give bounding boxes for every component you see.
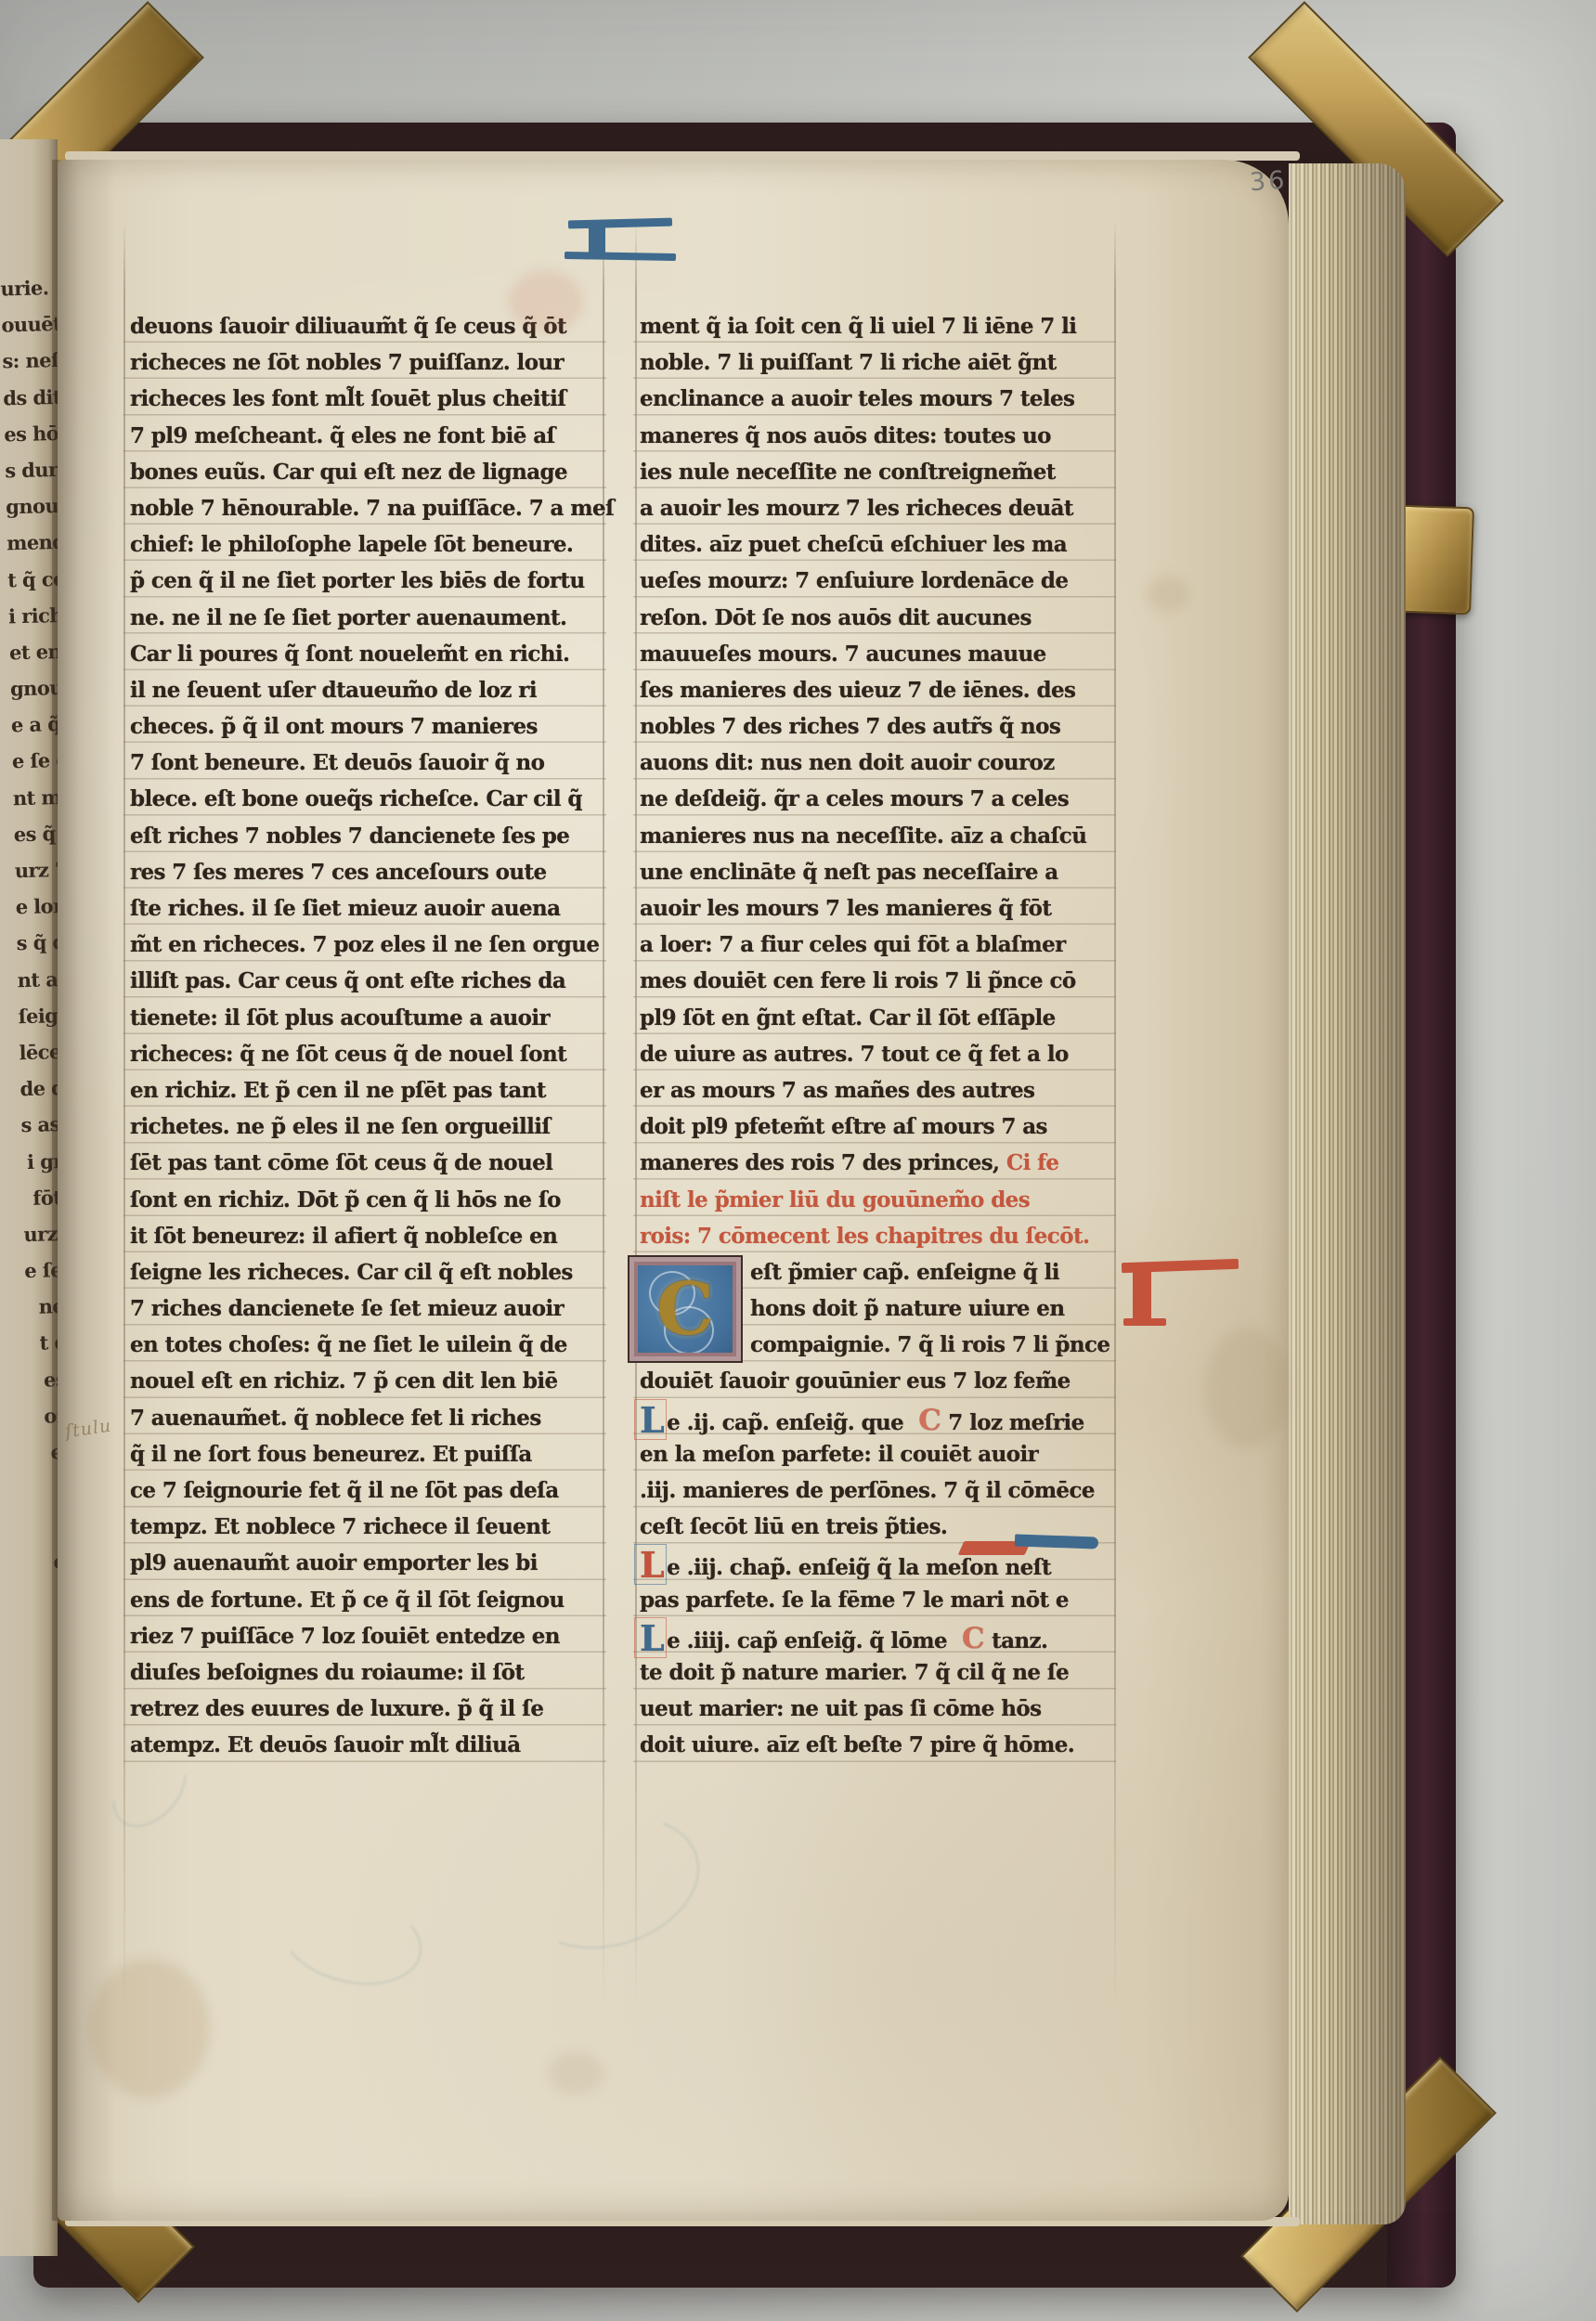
gilt-clasp [1396, 505, 1474, 616]
text-line: rois: 7 cōmecent les chapitres du ſecōt. [633, 1218, 1116, 1254]
line-filler-icon [961, 1534, 1100, 1558]
text-line: en totes choſes: q̃ ne ſiet le uilein q̃… [123, 1327, 606, 1363]
text-line: noble. 7 li puiſſant 7 li riche aiēt g̃n… [633, 344, 1116, 381]
text-line: nouel eſt en richiz. 7 p̃ cen dit len bi… [123, 1363, 606, 1399]
text-line: ueſes mourz: 7 enſuiure lordenāce de [633, 563, 1116, 599]
text-line: maneres des rois 7 des princes, Ci fe [633, 1145, 1116, 1181]
text-line: 7 pl9 meſcheant. q̃ eles ne font biē aſ [123, 418, 606, 454]
text-line: gnourie: Et [6, 487, 58, 525]
text-line: es hōmes 7 d [4, 415, 58, 453]
text-line: riez 7 puiſſāce 7 loz ſouiēt entedze en [123, 1618, 606, 1654]
text-line: il ne ſeuent uſer dtaueum̃o de loz ri [123, 672, 606, 708]
text-line: ſeigne les richeces. Car cil q̃ eſt nobl… [123, 1254, 606, 1290]
text-line: chief: le philoſophe lapele ſōt beneure. [123, 526, 606, 563]
text-line: blece. eſt bone oueq̃s richeſce. Car cil… [123, 781, 606, 817]
previous-page-text-fragments: urie. Et il niouuēt greues: neſt pas dds… [0, 269, 58, 1689]
text-line: Le .ij. cap̃. enſeig̃. queC7 loz meſrie [633, 1400, 1116, 1436]
text-line: gnourie p̃ c [10, 669, 58, 707]
text-line: atempz. Et deuōs ſauoir ml̃t diliuā [123, 1727, 606, 1763]
text-line: m̃t en richeces. 7 poz eles il ne ſen or… [123, 927, 606, 963]
text-line: en la meſon parfete: il couiēt auoir [633, 1436, 1116, 1472]
gutter-crease-shadow [52, 160, 117, 2221]
text-line: pl9 auenaum̃t auoir emporter les bi [123, 1545, 606, 1581]
text-line: pas parfete. ſe la fēme 7 le mari nōt e [633, 1582, 1116, 1618]
text-column-left: deuons ſauoir diliuaum̃t q̃ ſe ceus q̃ ō… [123, 308, 606, 1766]
text-line: a loer: 7 a fiur celes qui fōt a blaſmer [633, 927, 1116, 963]
text-line: richeces les font ml̃t ſouēt plus cheiti… [123, 381, 606, 417]
text-line: tempz. Et noblece 7 richece il ſeuent [123, 1509, 606, 1545]
text-line: enclinance a auoir teles mours 7 teles [633, 381, 1116, 417]
text-line: auoir les mours 7 les manieres q̃ fōt [633, 890, 1116, 927]
text-line: diuſes beſoignes du roiaume: il ſōt [123, 1654, 606, 1691]
text-line: pl9 ſōt en g̃nt eſtat. Car il ſōt eſſāpl… [633, 1000, 1116, 1036]
decorated-initial: C [628, 1255, 743, 1363]
text-line: es q̃ il ſōt [13, 815, 58, 853]
text-line: reſon. Dōt ſe nos auōs dit aucunes [633, 600, 1116, 636]
chapter-numeral-red-icon [1122, 1261, 1252, 1330]
text-line: doit uiure. aīz eſt beſte 7 pire q̃ hōme… [633, 1727, 1116, 1763]
text-line: urie. Et il ni [0, 269, 57, 307]
text-line: mauueſes mours. 7 aucunes mauue [633, 636, 1116, 672]
text-line: urz 7 les m [14, 851, 58, 889]
initial-letter: C [629, 1257, 741, 1361]
text-line: t q̃ ceus q̃ cō [7, 560, 58, 598]
text-line: en richiz. Et p̃ cen il ne pſēt pas tant [123, 1072, 606, 1109]
text-line: richeces: q̃ ne ſōt ceus q̃ de nouel ſon… [123, 1036, 606, 1072]
text-line: auons dit: nus nen doit auoir couroz [633, 745, 1116, 781]
text-line: er as mours 7 as mañes des autres [633, 1072, 1116, 1109]
text-line: bones euũs. Car qui eſt nez de lignage [123, 454, 606, 490]
ink-offset-stain [509, 271, 583, 332]
text-line: ſēt pas tant cōme ſōt ceus q̃ de nouel [123, 1145, 606, 1181]
text-line: ueut marier: ne uit pas ſi cōme hōs [633, 1691, 1116, 1727]
quire-mark-blue-numeral-icon [564, 217, 699, 264]
folio-number: 36 [1249, 166, 1288, 198]
text-line: ſont en richiz. Dōt p̃ cen q̃ li hōs ne … [123, 1182, 606, 1218]
text-line: ne deſdeig̃. q̃r a celes mours 7 a celes [633, 781, 1116, 817]
text-line: maneres q̃ nos auōs dites: toutes uo [633, 418, 1116, 454]
text-line: eſt riches 7 nobles 7 dancienete ſes pe [123, 818, 606, 854]
text-line: ſes manieres des uieuz 7 de iēnes. des [633, 672, 1116, 708]
text-line: q̃ il ne ſort fous beneurez. Et puiſſa [123, 1436, 606, 1472]
text-line: 7 auenaum̃et. q̃ noblece fet li riches [123, 1400, 606, 1436]
text-line: ouuēt greue [1, 305, 58, 344]
parchment-stain [89, 1959, 210, 2098]
text-line: richetes. ne p̃ eles il ne ſen orgueilli… [123, 1109, 606, 1145]
text-line: .iij. manieres de perſōnes. 7 q̃ il cōmē… [633, 1472, 1116, 1509]
text-line: Car li poures q̃ ſont nouelem̃t en richi… [123, 636, 606, 672]
text-line: douiēt ſauoir gouūnier eus 7 loz fem̃e [633, 1363, 1116, 1399]
text-line: une enclināte q̃ neſt pas neceſſaire a [633, 854, 1116, 890]
text-line: manieres nus na neceſſite. aīz a chaſcū [633, 818, 1116, 854]
text-line: 7 riches dancienete ſe ſet mieuz auoir [123, 1290, 606, 1327]
text-line: ies nule neceſſite ne conſtreignem̃et [633, 454, 1116, 490]
text-line: mendres q̃ u [6, 524, 58, 562]
text-line: illiſt pas. Car ceus q̃ ont eſte riches … [123, 963, 606, 999]
parchment-stain [548, 2052, 603, 2094]
text-line: nt ml̃t de b [12, 778, 58, 816]
text-line: et en aucun [9, 633, 58, 671]
text-line: s durōs de c [5, 451, 58, 489]
text-line: dites. aīz puet cheſcū eſchiuer les ma [633, 526, 1116, 563]
manuscript-photo: urie. Et il niouuēt greues: neſt pas dds… [0, 0, 1596, 2321]
parchment-stain [1147, 576, 1189, 613]
text-line: retrez des euures de luxure. p̃ q̃ il ſe [123, 1691, 606, 1727]
text-line: tienete: il ſōt plus acouſtume a auoir [123, 1000, 606, 1036]
text-line: te doit p̃ nature marier. 7 q̃ cil q̃ ne… [633, 1654, 1116, 1691]
text-line: nobles 7 des riches 7 des autr̃s q̃ nos [633, 708, 1116, 745]
page-stack-fore-edge [1289, 163, 1406, 2224]
text-line: it ſōt beneurez: il afiert q̃ nobleſce e… [123, 1218, 606, 1254]
text-line: ce 7 ſeignourie fet q̃ il ne ſōt pas deſ… [123, 1472, 606, 1509]
text-line: ſte riches. il ſe ſiet mieuz auoir auena [123, 890, 606, 927]
text-line: e ſe choſe ſ [11, 742, 58, 780]
text-line: doit pl9 pfetem̃t eſtre aſ mours 7 as [633, 1109, 1116, 1145]
text-line: ds dit des m [3, 379, 58, 417]
text-line: s: neſt pas d [2, 342, 58, 380]
text-line: e a q̃ ml̃t de [11, 706, 58, 744]
text-line: a auoir les mourz 7 les richeces deuāt [633, 490, 1116, 526]
previous-page-strip: urie. Et il niouuēt greues: neſt pas dds… [0, 139, 58, 2256]
text-line: p̃ cen q̃ il ne ſiet porter les biēs de … [123, 563, 606, 599]
text-line: ne. ne il ne ſe ſiet porter auenaument. [123, 600, 606, 636]
text-line: i riche 7 la [8, 597, 58, 635]
text-line: richeces ne ſōt nobles 7 puiſſanz. lour [123, 344, 606, 381]
text-line: ment q̃ ia ſoit cen q̃ li uiel 7 li iēne… [633, 308, 1116, 344]
text-line: mes douiēt cen fere li rois 7 li p̃nce c… [633, 963, 1116, 999]
text-line: niſt le p̃mier liū du gouūnem̃o des [633, 1182, 1116, 1218]
text-line: 7 ſont beneure. Et deuōs ſauoir q̃ no [123, 745, 606, 781]
text-line: checes. p̃ q̃ il ont mours 7 manieres [123, 708, 606, 745]
text-line: res 7 ſes meres 7 ces anceſours oute [123, 854, 606, 890]
parchment-stain [1205, 1328, 1289, 1448]
text-line: noble 7 hēnourable. 7 na puiſſāce. 7 a m… [123, 490, 606, 526]
text-line: Le .iiij. cap̃ enſeig̃. q̃ lōmeCtanz. [633, 1618, 1116, 1654]
text-line: de uiure as autres. 7 tout ce q̃ fet a l… [633, 1036, 1116, 1072]
text-line: ens de fortune. Et p̃ ce q̃ il ſōt ſeign… [123, 1582, 606, 1618]
